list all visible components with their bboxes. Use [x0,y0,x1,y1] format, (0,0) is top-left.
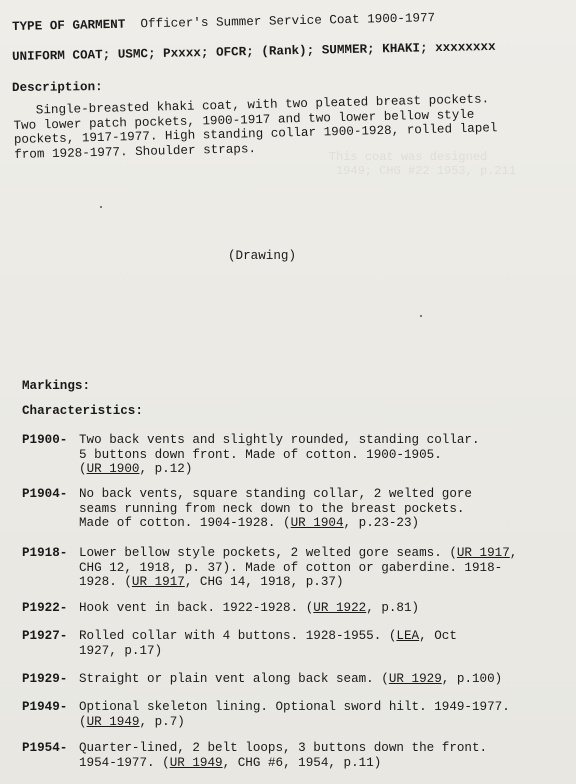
text-segment: Hook vent in back. 1922-1928. ( [79,601,313,615]
text-segment: , Oct [419,629,457,643]
characteristic-line: Optional skeleton lining. Optional sword… [79,700,510,715]
text-segment: Made of cotton. 1904-1928. ( [79,516,291,530]
reference-citation: UR 1904 [291,516,344,530]
reference-citation: UR 1900 [87,462,140,476]
characteristic-line: Made of cotton. 1904-1928. (UR 1904, p.2… [79,516,472,531]
garment-type-label: TYPE OF GARMENT [12,18,126,34]
text-segment: No back vents, square standing collar, 2… [79,487,472,501]
characteristic-line: 1928. (UR 1917, CHG 14, 1918, p.37) [79,575,517,590]
description-text: Single-breasted khaki coat, with two ple… [13,92,498,162]
reference-citation: UR 1949 [87,715,140,729]
characteristic-text: No back vents, square standing collar, 2… [79,487,472,531]
characteristic-line: Rolled collar with 4 buttons. 1928-1955.… [79,629,457,644]
text-segment: 1927, p.17) [79,644,162,658]
pattern-code: P1954- [22,741,67,756]
text-segment: , p.12) [139,462,192,476]
characteristic-line: CHG 12, 1918, p. 37). Made of cotton or … [79,561,517,576]
pattern-code: P1918- [22,546,67,561]
characteristic-line: Hook vent in back. 1922-1928. (UR 1922, … [79,601,419,616]
text-segment: seams running from neck down to the brea… [79,502,464,516]
reference-citation: UR 1949 [170,756,223,770]
description-label: Description: [12,80,103,95]
characteristic-text: Quarter-lined, 2 belt loops, 3 buttons d… [79,741,487,770]
text-segment: , p.81) [366,601,419,615]
pattern-code: P1949- [22,700,67,715]
characteristic-line: Quarter-lined, 2 belt loops, 3 buttons d… [79,741,487,756]
characteristic-line: Lower bellow style pockets, 2 welted gor… [79,546,517,561]
text-segment: , CHG 14, 1918, p.37) [185,575,344,589]
text-segment: ( [79,462,87,476]
reference-citation: UR 1929 [389,672,442,686]
characteristic-text: Straight or plain vent along back seam. … [79,672,502,687]
classification-line: UNIFORM COAT; USMC; Pxxxx; OFCR; (Rank);… [12,40,496,64]
characteristic-text: Hook vent in back. 1922-1928. (UR 1922, … [79,601,419,616]
text-segment: Rolled collar with 4 buttons. 1928-1955.… [79,629,396,643]
text-segment: Two back vents and slightly rounded, sta… [79,433,480,447]
text-segment: 1928. ( [79,575,132,589]
text-segment: , p.7) [139,715,184,729]
text-segment: , CHG #6, 1954, p.11) [223,756,382,770]
characteristics-label: Characteristics: [22,404,143,418]
pattern-code: P1900- [22,433,67,448]
characteristic-line: Straight or plain vent along back seam. … [79,672,502,687]
text-segment: 1954-1977. ( [79,756,170,770]
characteristic-line: seams running from neck down to the brea… [79,502,472,517]
text-segment: Lower bellow style pockets, 2 welted gor… [79,546,457,560]
characteristic-text: Rolled collar with 4 buttons. 1928-1955.… [79,629,457,658]
text-segment: Optional skeleton lining. Optional sword… [79,700,510,714]
pattern-code: P1929- [22,672,67,687]
markings-label: Markings: [22,379,90,393]
characteristic-line: (UR 1900, p.12) [79,462,480,477]
reference-citation: LEA [396,629,419,643]
paper-speck [420,315,422,317]
document-page: This coat was designed 1949; CHG #22 195… [0,0,576,784]
text-segment: , p.23-23) [344,516,420,530]
drawing-placeholder: (Drawing) [228,249,296,263]
reference-citation: UR 1922 [313,601,366,615]
characteristic-line: No back vents, square standing collar, 2… [79,487,472,502]
garment-type-value: Officer's Summer Service Coat 1900-1977 [140,11,435,31]
characteristic-line: 1927, p.17) [79,644,457,659]
characteristic-text: Optional skeleton lining. Optional sword… [79,700,510,729]
text-segment: CHG 12, 1918, p. 37). Made of cotton or … [79,561,502,575]
reference-citation: UR 1917 [132,575,185,589]
text-segment: ( [79,715,87,729]
pattern-code: P1904- [22,487,67,502]
garment-type-line: TYPE OF GARMENT Officer's Summer Service… [12,11,435,34]
pattern-code: P1922- [22,601,67,616]
text-segment: , [510,546,518,560]
reference-citation: UR 1917 [457,546,510,560]
text-segment: Quarter-lined, 2 belt loops, 3 buttons d… [79,741,487,755]
characteristic-line: (UR 1949, p.7) [79,715,510,730]
text-segment: 5 buttons down front. Made of cotton. 19… [79,448,442,462]
text-segment: , p.100) [442,672,502,686]
pattern-code: P1927- [22,629,67,644]
characteristic-text: Two back vents and slightly rounded, sta… [79,433,480,477]
text-segment: Straight or plain vent along back seam. … [79,672,389,686]
characteristic-line: 5 buttons down front. Made of cotton. 19… [79,448,480,463]
characteristic-line: 1954-1977. (UR 1949, CHG #6, 1954, p.11) [79,756,487,771]
characteristic-text: Lower bellow style pockets, 2 welted gor… [79,546,517,590]
characteristic-line: Two back vents and slightly rounded, sta… [79,433,480,448]
paper-speck [100,206,102,208]
